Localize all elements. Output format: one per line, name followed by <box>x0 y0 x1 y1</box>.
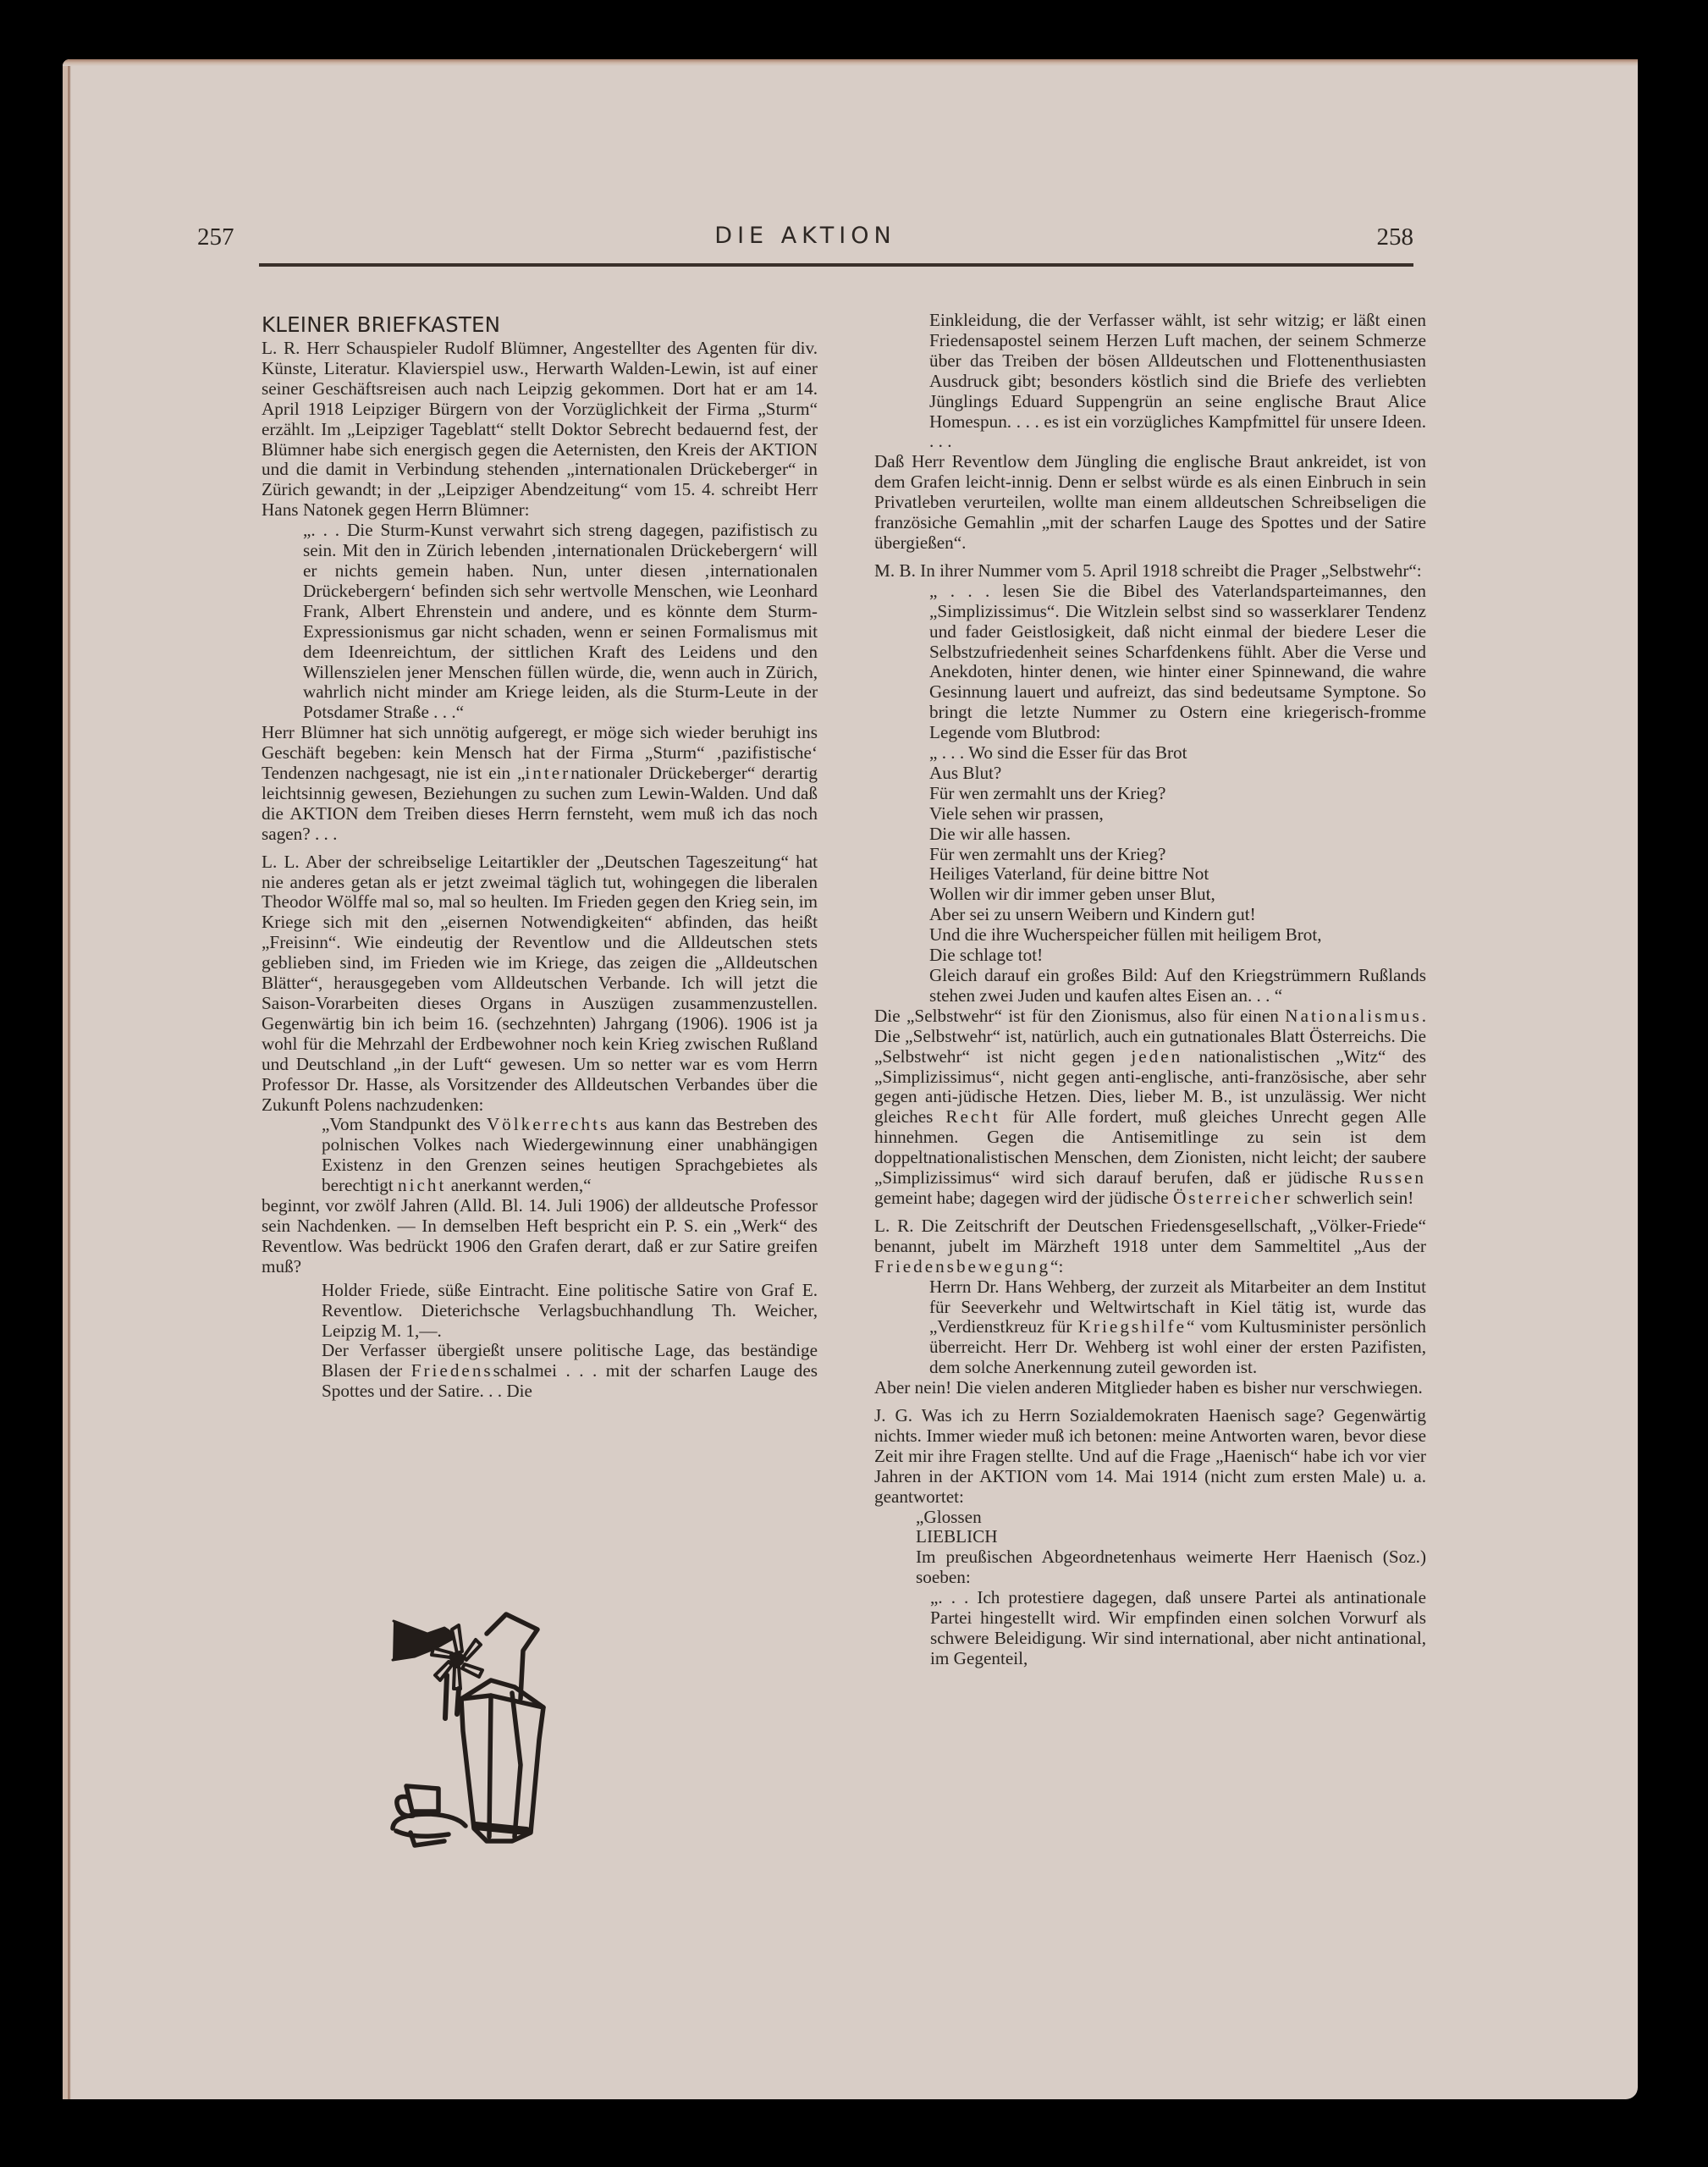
letter-ll-body: beginnt, vor zwölf Jahren (Alld. Bl. 14.… <box>262 1196 818 1277</box>
gloss-heading: „Glossen <box>916 1508 1426 1528</box>
left-column: KLEINER BRIEFKASTEN L. R. Herr Schauspie… <box>262 312 818 1402</box>
letter-lr2-quote: Herrn Dr. Hans Wehberg, der zurzeit als … <box>929 1277 1426 1379</box>
section-title: KLEINER BRIEFKASTEN <box>262 312 818 337</box>
poem-line: Für wen zermahlt uns der Krieg? <box>929 784 1426 804</box>
spaced-emphasis: Friedensbewegung <box>874 1256 1050 1276</box>
text-run: anerkannt werden,“ <box>446 1175 591 1195</box>
spaced-emphasis: nicht <box>398 1175 446 1195</box>
letter-lr2-intro: L. R. Die Zeitschrift der Deutschen Frie… <box>874 1216 1426 1277</box>
gloss-quote: „. . . Ich protestiere dagegen, daß unse… <box>930 1588 1426 1669</box>
text-run: schwerlich sein! <box>1292 1188 1414 1208</box>
spaced-emphasis: Russen <box>1359 1167 1426 1188</box>
letter-mb-intro: M. B. In ihrer Nummer vom 5. April 1918 … <box>874 561 1426 582</box>
spaced-emphasis: Kriegshilfe <box>1078 1316 1187 1337</box>
poem-line: Für wen zermahlt uns der Krieg? <box>929 845 1426 865</box>
vase-woodcut-illustration <box>364 1604 618 1858</box>
poem-line: Wollen wir dir immer geben unser Blut, <box>929 885 1426 905</box>
gloss-text: Im preußischen Abgeordnetenhaus weimerte… <box>916 1547 1426 1588</box>
spaced-emphasis: Recht <box>945 1106 1000 1127</box>
journal-title: DIE AKTION <box>197 223 1413 249</box>
letter-lr2-reply: Aber nein! Die vielen anderen Mitglieder… <box>874 1378 1426 1398</box>
text-run: „Vom Standpunkt des <box>322 1114 487 1134</box>
page-number-right: 258 <box>1377 223 1414 251</box>
spaced-emphasis: Nationalismus <box>1285 1006 1421 1026</box>
review-reply: Daß Herr Reventlow dem Jüngling die engl… <box>874 452 1426 554</box>
book-review: Der Verfasser übergießt unsere politisch… <box>322 1341 818 1402</box>
letter-jg-intro: J. G. Was ich zu Herrn Sozialdemokraten … <box>874 1406 1426 1508</box>
gloss-title: LIEBLICH <box>916 1527 1426 1547</box>
text-run: gemeint habe; dagegen wird der jüdische <box>874 1188 1173 1208</box>
letter-lr-reply: Herr Blümner hat sich unnötig aufgeregt,… <box>262 723 818 844</box>
poem-line: Und die ihre Wucherspeicher füllen mit h… <box>929 925 1426 946</box>
header-rule <box>259 263 1413 267</box>
letter-mb-quote: „ . . . lesen Sie die Bibel des Vaterlan… <box>929 582 1426 743</box>
poem-line: Die wir alle hassen. <box>929 824 1426 845</box>
poem-line: Aber sei zu unsern Weibern und Kindern g… <box>929 905 1426 925</box>
letter-mb-reply: Die „Selbstwehr“ ist für den Zionismus, … <box>874 1006 1426 1209</box>
poem-line: Die schlage tot! <box>929 946 1426 966</box>
right-column: Einkleidung, die der Verfasser wählt, is… <box>874 311 1426 1669</box>
spaced-emphasis: Friedens <box>411 1360 493 1381</box>
spaced-emphasis: Völkerrechts <box>487 1114 609 1134</box>
text-run: “: <box>1050 1256 1063 1276</box>
letter-lr-intro: L. R. Herr Schauspieler Rudolf Blümner, … <box>262 339 818 521</box>
poem-line: Viele sehen wir prassen, <box>929 804 1426 824</box>
spaced-emphasis: jeden <box>1131 1046 1182 1067</box>
letter-ll-intro: L. L. Aber der schreibselige Leitartikle… <box>262 852 818 1116</box>
gloss-reprint: „Glossen LIEBLICH Im preußischen Abgeord… <box>916 1508 1426 1669</box>
text-run: L. R. Die Zeitschrift der Deutschen Frie… <box>874 1216 1426 1256</box>
book-citation: Holder Friede, süße Eintracht. Eine poli… <box>322 1281 818 1342</box>
poem-blutbrod: „ . . . Wo sind die Esser für das Brot A… <box>929 743 1426 966</box>
poem-line: Heiliges Vaterland, für deine bittre Not <box>929 864 1426 885</box>
text-run: Die „Selbstwehr“ ist für den Zionismus, … <box>874 1006 1285 1026</box>
poem-line: Aus Blut? <box>929 764 1426 784</box>
spaced-emphasis: inter <box>525 763 570 783</box>
running-head: 257 DIE AKTION 258 <box>197 222 1413 257</box>
letter-ll-quote: „Vom Standpunkt des Völkerrechts aus kan… <box>322 1115 818 1196</box>
spaced-emphasis: Österreicher <box>1173 1188 1292 1208</box>
book-review-continued: Einkleidung, die der Verfasser wählt, is… <box>929 311 1426 452</box>
letter-mb-quote-end: Gleich darauf ein großes Bild: Auf den K… <box>929 966 1426 1006</box>
poem-line: „ . . . Wo sind die Esser für das Brot <box>929 743 1426 764</box>
letter-lr-quote: „. . . Die Sturm-Kunst verwahrt sich str… <box>303 521 818 723</box>
